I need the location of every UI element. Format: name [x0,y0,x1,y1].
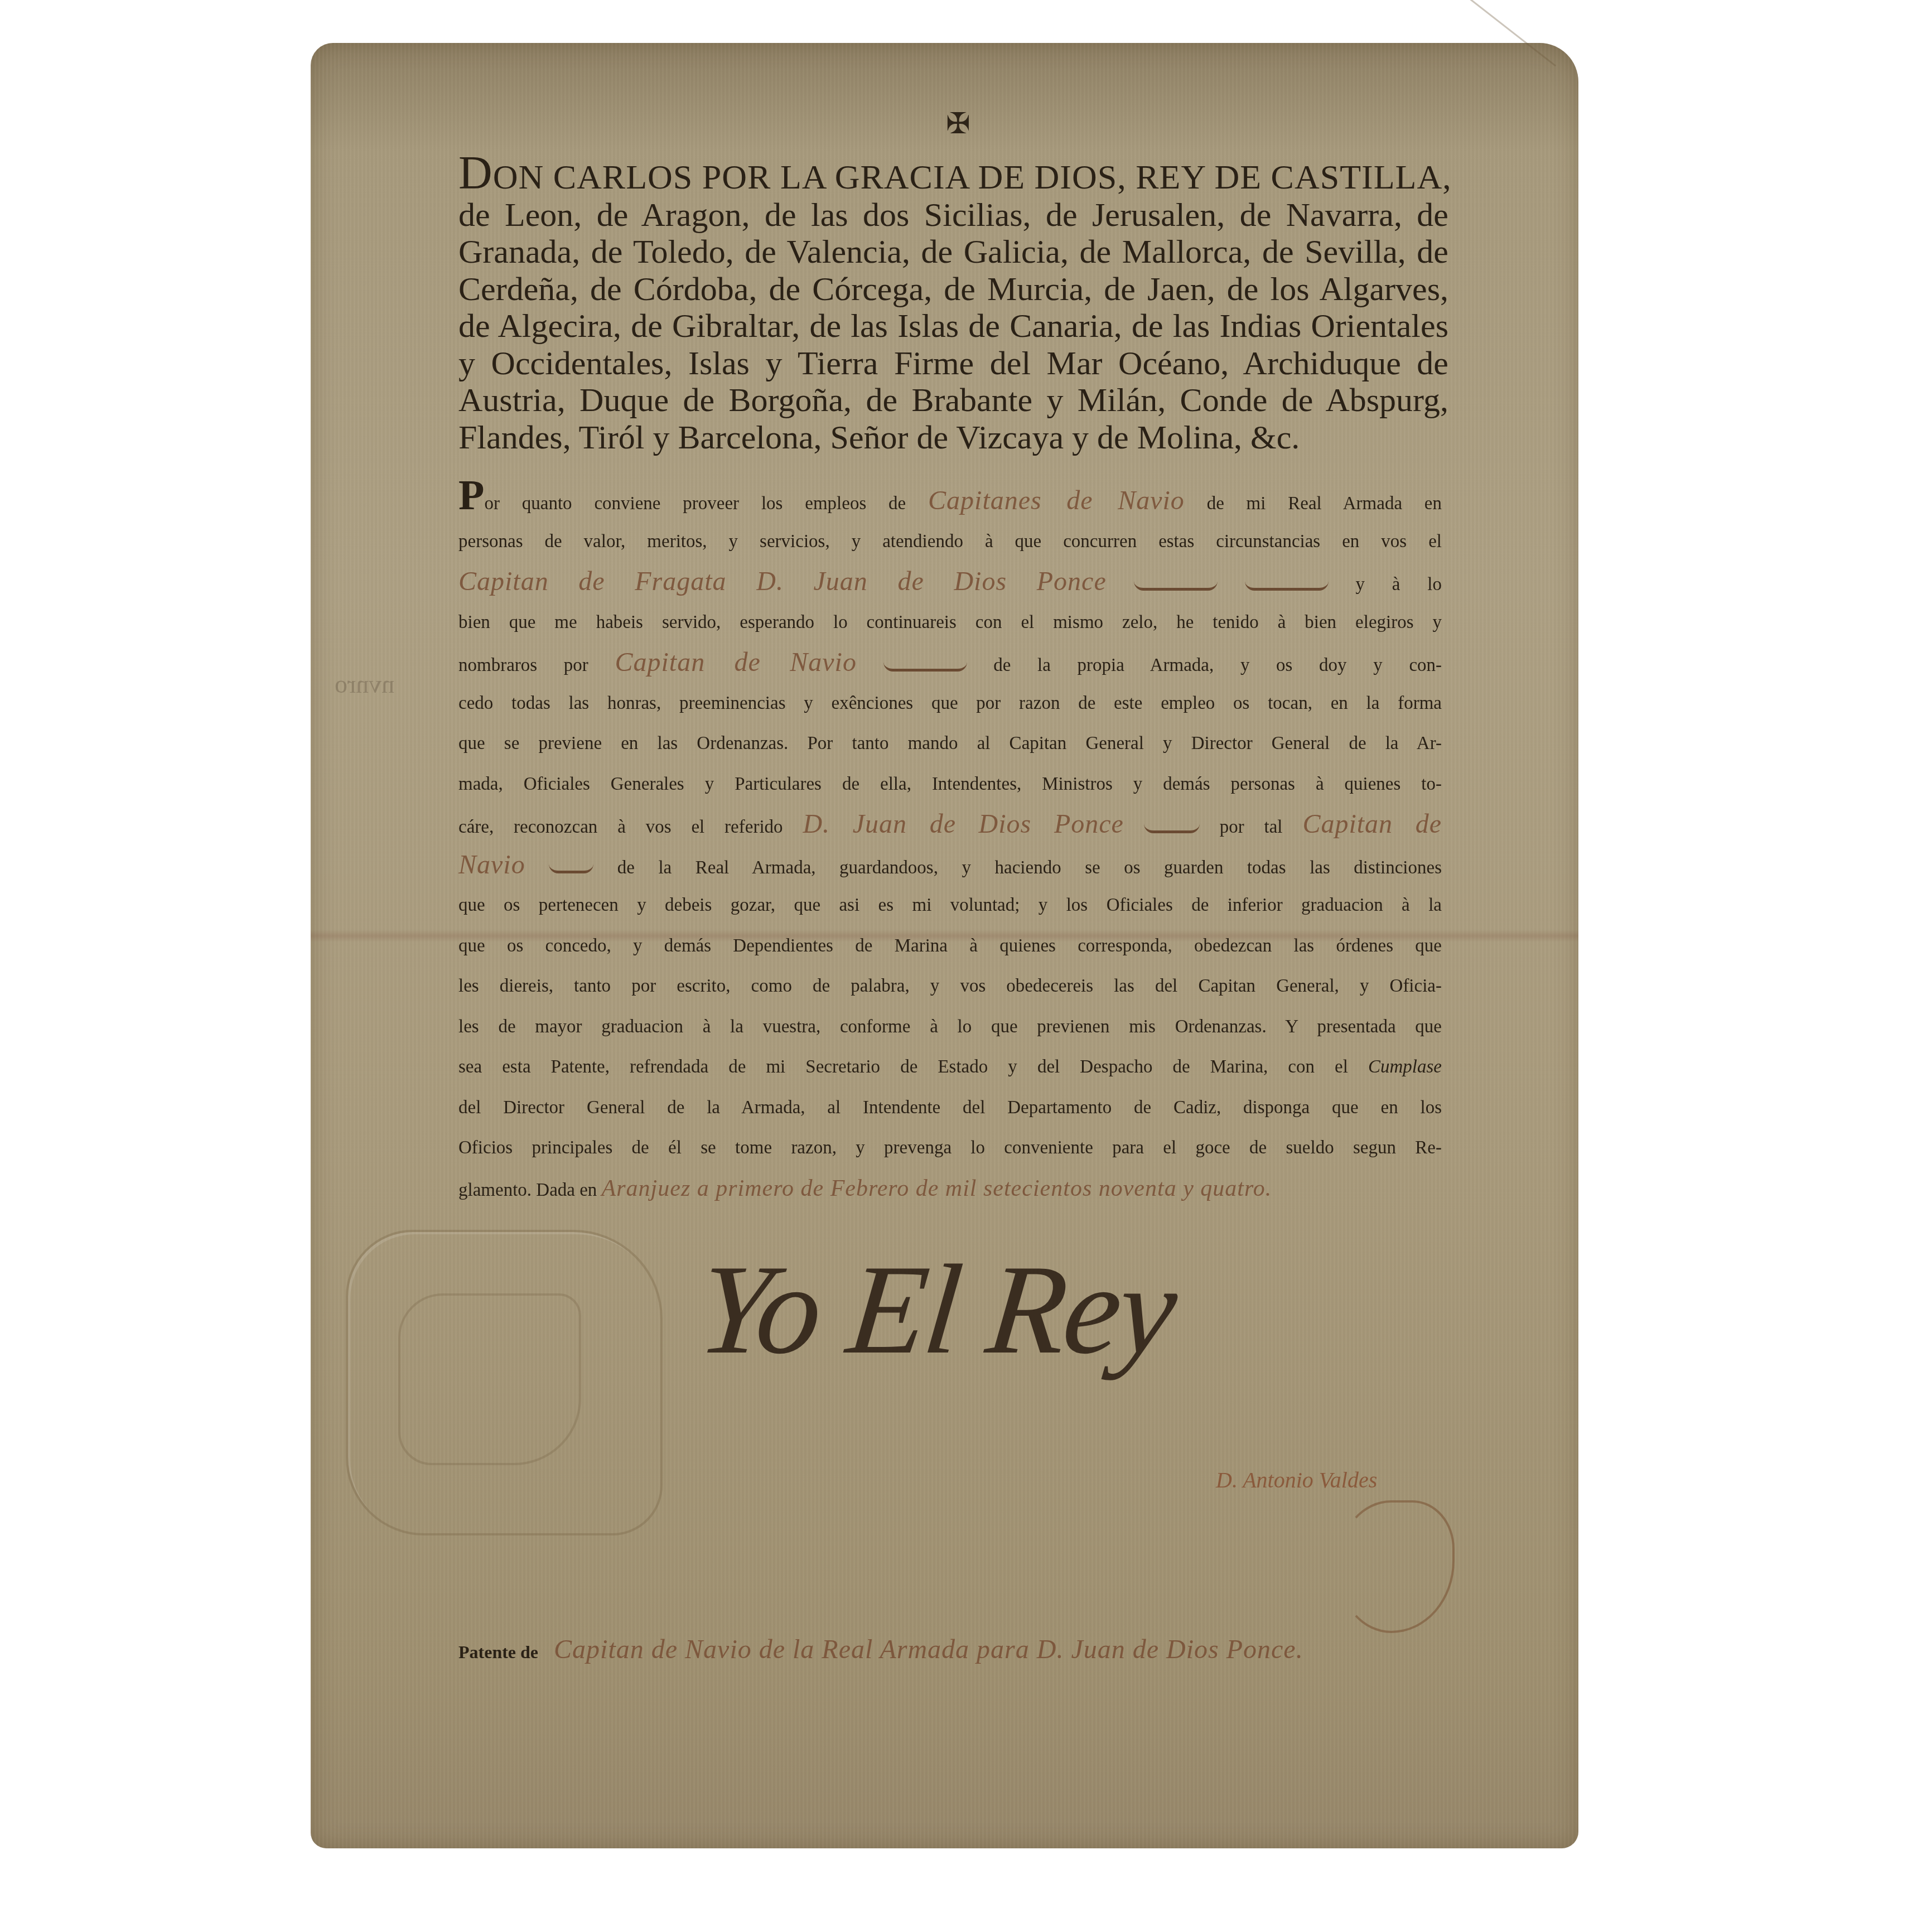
body-line-9: cáre, reconozcan à vos el referido D. Ju… [458,804,1442,845]
body-line-18: glamento. Dada en Aranjuez a primero de … [458,1168,1442,1209]
handwritten-rank: Navio [458,850,525,880]
embossed-seal [346,1230,663,1535]
body-line-1: Por quanto conviene proveer los empleos … [458,481,1442,521]
body-line-2: personas de valor, meritos, y servicios,… [458,521,1442,562]
header-line-4: Cerdeña, de Córdoba, de Córcega, de Murc… [458,271,1448,308]
secretary-signature: D. Antonio Valdes [1216,1467,1377,1493]
header-line-6: y Occidentales, Islas y Tierra Firme del… [458,345,1448,382]
handwritten-rank: Capitan de Navio [615,648,856,677]
header-line-1: DON CARLOS POR LA GRACIA DE DIOS, REY DE… [458,155,1448,196]
body-line-7: que se previene en las Ordenanzas. Por t… [458,723,1442,764]
body-line-10: Navio de la Real Armada, guardandoos, y … [458,845,1442,886]
body-line-11: que os pertenecen y debeis gozar, que as… [458,885,1442,926]
flourish [1144,824,1200,833]
offset-print-bleed: nvnro [335,669,394,699]
body-line-4: bien que me habeis servido, esperando lo… [458,602,1442,643]
handwritten-recipient: D. Juan de Dios Ponce [803,809,1123,839]
flourish [1245,581,1329,591]
flourish [1134,581,1218,591]
royal-titles-header: DON CARLOS POR LA GRACIA DE DIOS, REY DE… [458,155,1448,456]
cross-ornament-icon: ✠ [946,107,970,141]
flourish [549,864,593,873]
handwritten-patente-title: Capitan de Navio de la Real Armada para … [554,1635,1303,1664]
header-line-3: Granada, de Toledo, de Valencia, de Gali… [458,233,1448,271]
body-line-16: del Director General de la Armada, al In… [458,1088,1442,1128]
commission-body: Por quanto conviene proveer los empleos … [458,481,1442,1209]
body-line-3: Capitan de Fragata D. Juan de Dios Ponce… [458,562,1442,602]
handwritten-rank: Capitan de [1302,809,1442,839]
body-line-14: les de mayor graduacion à la vuestra, co… [458,1007,1442,1047]
header-line-2: de Leon, de Aragon, de las dos Sicilias,… [458,196,1448,234]
header-line-7: Austria, Duque de Borgoña, de Brabante y… [458,381,1448,419]
royal-signature: Yo El Rey [692,1235,1182,1383]
drop-cap: P [458,472,484,519]
body-line-6: cedo todas las honras, preeminencias y e… [458,683,1442,724]
body-line-5: nombraros por Capitan de Navio de la pro… [458,643,1442,683]
body-line-12: que os concedo, y demás Dependientes de … [458,926,1442,967]
body-line-8: mada, Oficiales Generales y Particulares… [458,764,1442,805]
embossed-seal-detail [398,1293,581,1465]
flourish [883,662,967,672]
patente-label: Patente de [458,1642,538,1662]
patente-line: Patente de Capitan de Navio de la Real A… [458,1634,1462,1665]
header-line-8: Flandes, Tiról y Barcelona, Señor de Viz… [458,419,1448,456]
handwritten-recipient: Capitan de Fragata D. Juan de Dios Ponce [458,567,1107,596]
body-line-13: les diereis, tanto por escrito, como de … [458,966,1442,1007]
body-line-17: Oficios principales de él se tome razon,… [458,1128,1442,1168]
handwritten-rank: Capitanes de Navio [928,486,1185,515]
header-line-5: de Algecira, de Gibraltar, de las Islas … [458,307,1448,345]
body-line-15: sea esta Patente, refrendada de mi Secre… [458,1047,1442,1088]
handwritten-date-place: Aranjuez a primero de Febrero de mil set… [602,1176,1272,1201]
